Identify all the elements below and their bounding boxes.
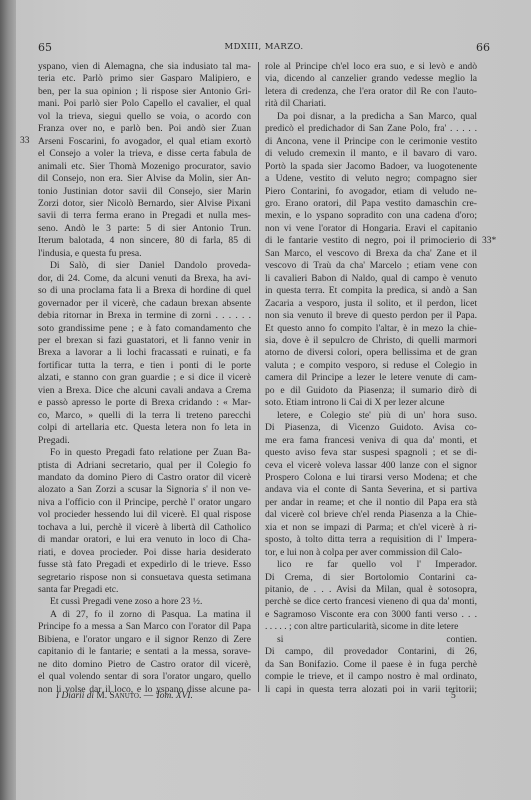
text-line: da San Bonifazio. Come il paese è in fug… — [265, 659, 477, 671]
text-line: colpi di artellaria etc. Questa letera n… — [38, 422, 251, 434]
footer-author: Sanuto — [109, 691, 139, 701]
text-line: per el brexan si fazi guastatori, et li … — [38, 335, 251, 347]
text-line: Arseni Foscarini, fo avogador, el qual e… — [38, 136, 251, 148]
text-line: non vi vene l'orator di Hongaria. Eravi … — [265, 223, 477, 235]
text-line: lico re far quello vol l' Imperador. — [265, 559, 477, 571]
footer-title-italic: I Diarii di — [56, 691, 94, 701]
text-line: fortificar tutta la terra, e tien i pont… — [38, 360, 251, 372]
text-line: non sia venuto il breve di questo perdon… — [265, 310, 477, 322]
text-line: l'indusia, e questa fu presa. — [38, 248, 251, 260]
text-line: Et cussì Pregadi vene zoso a hore 23 ½. — [38, 596, 251, 608]
printer-signature: 5 — [451, 691, 456, 701]
text-line: dal vicerè col brieve ch'el renda Piasen… — [265, 509, 477, 521]
text-line: Di Piasenza, di Vicenzo Guidoto. Avisa c… — [265, 422, 477, 434]
text-line: si contien. — [265, 634, 477, 646]
text-line: camera dil Principe a lezer le letere ve… — [265, 372, 477, 384]
text-line: alozato a San Zorzi a scusar la Signoria… — [38, 484, 251, 496]
text-line: ceva el vicerè voleva lassar 400 lanze c… — [265, 460, 477, 472]
text-line: Piero Contarini, fo avogador, etiam di v… — [265, 186, 477, 198]
text-line: valuta ; e compito vesporo, si reduse el… — [265, 360, 477, 372]
text-line: perchè se dice certo francesi vieneno di… — [265, 596, 477, 608]
text-line: li capi in questa terra alozati poi in v… — [265, 684, 477, 696]
text-line: Principe fo a messa a San Marco con l'or… — [38, 621, 251, 633]
text-line: alzati, e stanno con gran guardie ; e si… — [38, 372, 251, 384]
text-line: letere, e Colegio ste' più di un' hora s… — [265, 410, 477, 422]
page-number-right: 66 — [476, 41, 490, 54]
text-line: Di Crema, di sier Bortolomio Contarini c… — [265, 572, 477, 584]
text-line: e Sagramoso Visconte era con 3000 fanti … — [265, 609, 477, 621]
text-line: ben, per la sua opinion ; li rispose sie… — [38, 86, 251, 98]
text-line: role al Principe ch'el loco era suo, e s… — [265, 61, 477, 73]
text-line: rità dil Chariati. — [265, 98, 477, 110]
text-line: li cavalieri Babon di Naldo, qual di cam… — [265, 273, 477, 285]
text-line: so di una proclama fata li a Brexa di ho… — [38, 285, 251, 297]
text-line: Di Salò, di sier Daniel Dandolo proveda- — [38, 260, 251, 272]
margin-note-right: 33* — [482, 236, 496, 246]
text-line: di Ancona, vene il Principe con le cerim… — [265, 136, 477, 148]
text-line: sia, dove è il sepulcro de Christo, di q… — [265, 335, 477, 347]
text-line: vien a Brexa. Dice che alcuni cavali and… — [38, 385, 251, 397]
text-line: me era fama francesi veniva di qua da' m… — [265, 435, 477, 447]
text-line: tor, e lui non à colpa per aver commissi… — [265, 547, 477, 559]
running-head: 65 MDXIII, MARZO. 66 — [38, 41, 490, 55]
text-line: a Udene, vestito di veluto negro; compag… — [265, 173, 477, 185]
text-line: seno. Andò le 3 parte: 5 di sier Antonio… — [38, 223, 251, 235]
text-line: sposto, à tolto ditta terra a requisitio… — [265, 534, 477, 546]
text-line: Da poi disnar, a la predicha a San Marco… — [265, 111, 477, 123]
text-line: ptista di Adriani secretario, qual per i… — [38, 460, 251, 472]
text-line: Brexa a lavorar a li lochi fracassati e … — [38, 347, 251, 359]
text-line: capitanio di le fantarie; e sentati a la… — [38, 646, 251, 658]
text-line: po e dil Guidoto da Piasenza; il sumario… — [265, 385, 477, 397]
text-line: compie le trieve, et il campo nostro è m… — [265, 671, 477, 683]
text-line: vol procieder hessendo lui dil vicerè. E… — [38, 509, 251, 521]
footer-volume: Tom. XVI. — [155, 691, 192, 701]
text-line: santa far Pregadi etc. — [38, 584, 251, 596]
text-line: yspano, vien di Alemagna, che sia indusi… — [38, 61, 251, 73]
text-line: niva a l'officio con il Principe, perchè… — [38, 497, 251, 509]
text-line: vol la trieva, siegui quello se voia, o … — [38, 111, 251, 123]
text-line: tochava a lui, perchè il vicerè à libert… — [38, 522, 251, 534]
text-line: Bibiena, e l'orator ungaro e il signor R… — [38, 634, 251, 646]
footer-author-prefix: M. — [96, 691, 109, 701]
text-line: atorno de diversi colori, opera bellissi… — [265, 347, 477, 359]
text-line: ne dito domino Pietro de Castro orator d… — [38, 659, 251, 671]
text-line: animali etc. Sier Thomà Mozenigo procura… — [38, 161, 251, 173]
text-line: Iterum balotada, 4 non sincere, 80 di fa… — [38, 235, 251, 247]
text-line: mani. Poi parlò sier Polo Capello el cav… — [38, 98, 251, 110]
text-line: vescovo di Traù da cha' Marcelo ; etiam … — [265, 260, 477, 272]
text-line: dil Consejo, non era. Sier Alvise da Mol… — [38, 173, 251, 185]
text-line: el qual volendo sentar di sora l'orator … — [38, 671, 251, 683]
text-line: di veludo cremexin il manto, e il bavaro… — [265, 148, 477, 160]
running-title: MDXIII, MARZO. — [38, 42, 490, 52]
text-line: governador per il vicerè, che cadaun bre… — [38, 298, 251, 310]
text-line: pitanio, de . . . Avisi da Milan, qual è… — [265, 584, 477, 596]
text-line: Di campo, dil provedador Contarini, di 2… — [265, 646, 477, 658]
text-line: Zacaria a vesporo, justa il solito, et i… — [265, 298, 477, 310]
text-line: Zorzi dotor, sier Nicolò Bernardo, sier … — [38, 198, 251, 210]
text-line: Et questo anno fo compito l'altar, è in … — [265, 323, 477, 335]
text-line: soto grandissime pene ; e à fato comanda… — [38, 323, 251, 335]
text-line: savii di terra ferma erano in Pregadi et… — [38, 210, 251, 222]
column-divider — [258, 62, 259, 692]
text-line: di le fantarie vestito di negro, poi il … — [265, 235, 477, 247]
text-line: fusse stà fato Pregadi et expedirlo di l… — [38, 559, 251, 571]
text-line: predicò el predichador di San Zane Polo,… — [265, 123, 477, 135]
text-line: teria etc. Parlò primo sier Gasparo Mali… — [38, 73, 251, 85]
footer-book-title: I Diarii di M. Sanuto. — Tom. XVI. — [56, 691, 193, 701]
text-line: tonio Justinian dotor savii dil Consejo,… — [38, 186, 251, 198]
text-line: San Marco, el vescovo di Brexa da cha' Z… — [265, 248, 477, 260]
text-line: el Consejo a voler la trieva, e disse ce… — [38, 148, 251, 160]
text-line: per andar in reame; et che il nontio dil… — [265, 497, 477, 509]
text-line: e passò apresso le porte di Brexa cridan… — [38, 397, 251, 409]
footer-separator: . — — [139, 691, 155, 701]
text-line: soto. Etiam introno li Cai di X per leze… — [265, 397, 477, 409]
right-column-text: role al Principe ch'el loco era suo, e s… — [265, 61, 477, 696]
text-line: xia et non se impazi di Parma; et ch'el … — [265, 522, 477, 534]
text-line: riati, e dovea procieder. Poi disse hari… — [38, 547, 251, 559]
text-line: Portò la spada sier Jacomo Badoer, va lu… — [265, 161, 477, 173]
text-line: Franza over no, e parlò ben. Poi andò si… — [38, 123, 251, 135]
book-binding-shadow — [0, 0, 16, 800]
text-line: gro. Erano oratori, dil Papa vestito dam… — [265, 198, 477, 210]
text-line: Prospero Colona e lui tirarsi verso Mode… — [265, 472, 477, 484]
text-line: debia ritornar in Brexa in termine di zo… — [38, 310, 251, 322]
margin-note-left: 33 — [20, 136, 30, 146]
text-line: mandato da domino Piero di Castro orator… — [38, 472, 251, 484]
text-line: co, Marco, » quelli di la terra li trete… — [38, 410, 251, 422]
text-line: dor, di 24. Come, da alcuni venuti da Br… — [38, 273, 251, 285]
text-line: segretario rispose non si consuetava que… — [38, 572, 251, 584]
book-page-spread: 65 MDXIII, MARZO. 66 33 33* yspano, vien… — [16, 0, 531, 800]
text-line: Fo in questo Pregadi fato relatione per … — [38, 447, 251, 459]
text-line: di mandar oratori, e lui era venuto in l… — [38, 534, 251, 546]
text-line: letera di credenza, che l'era orator dil… — [265, 86, 477, 98]
text-line: questo aviso feva star suspesi spagnoli … — [265, 447, 477, 459]
text-line: andava via el conte di Santa Severina, e… — [265, 484, 477, 496]
text-line: mexin, e lo yspano sopradito con una cad… — [265, 210, 477, 222]
left-column-text: yspano, vien di Alemagna, che sia indusi… — [38, 61, 251, 696]
text-line: in questa terra. Et compita la predica, … — [265, 285, 477, 297]
text-line: via, dicendo al canzelier grando vedesse… — [265, 73, 477, 85]
text-line: A dì 27, fo il zorno di Pasqua. La matin… — [38, 609, 251, 621]
text-line: Pregadi. — [38, 435, 251, 447]
text-line: . . . . . ; con altre particularità, sic… — [265, 621, 477, 633]
